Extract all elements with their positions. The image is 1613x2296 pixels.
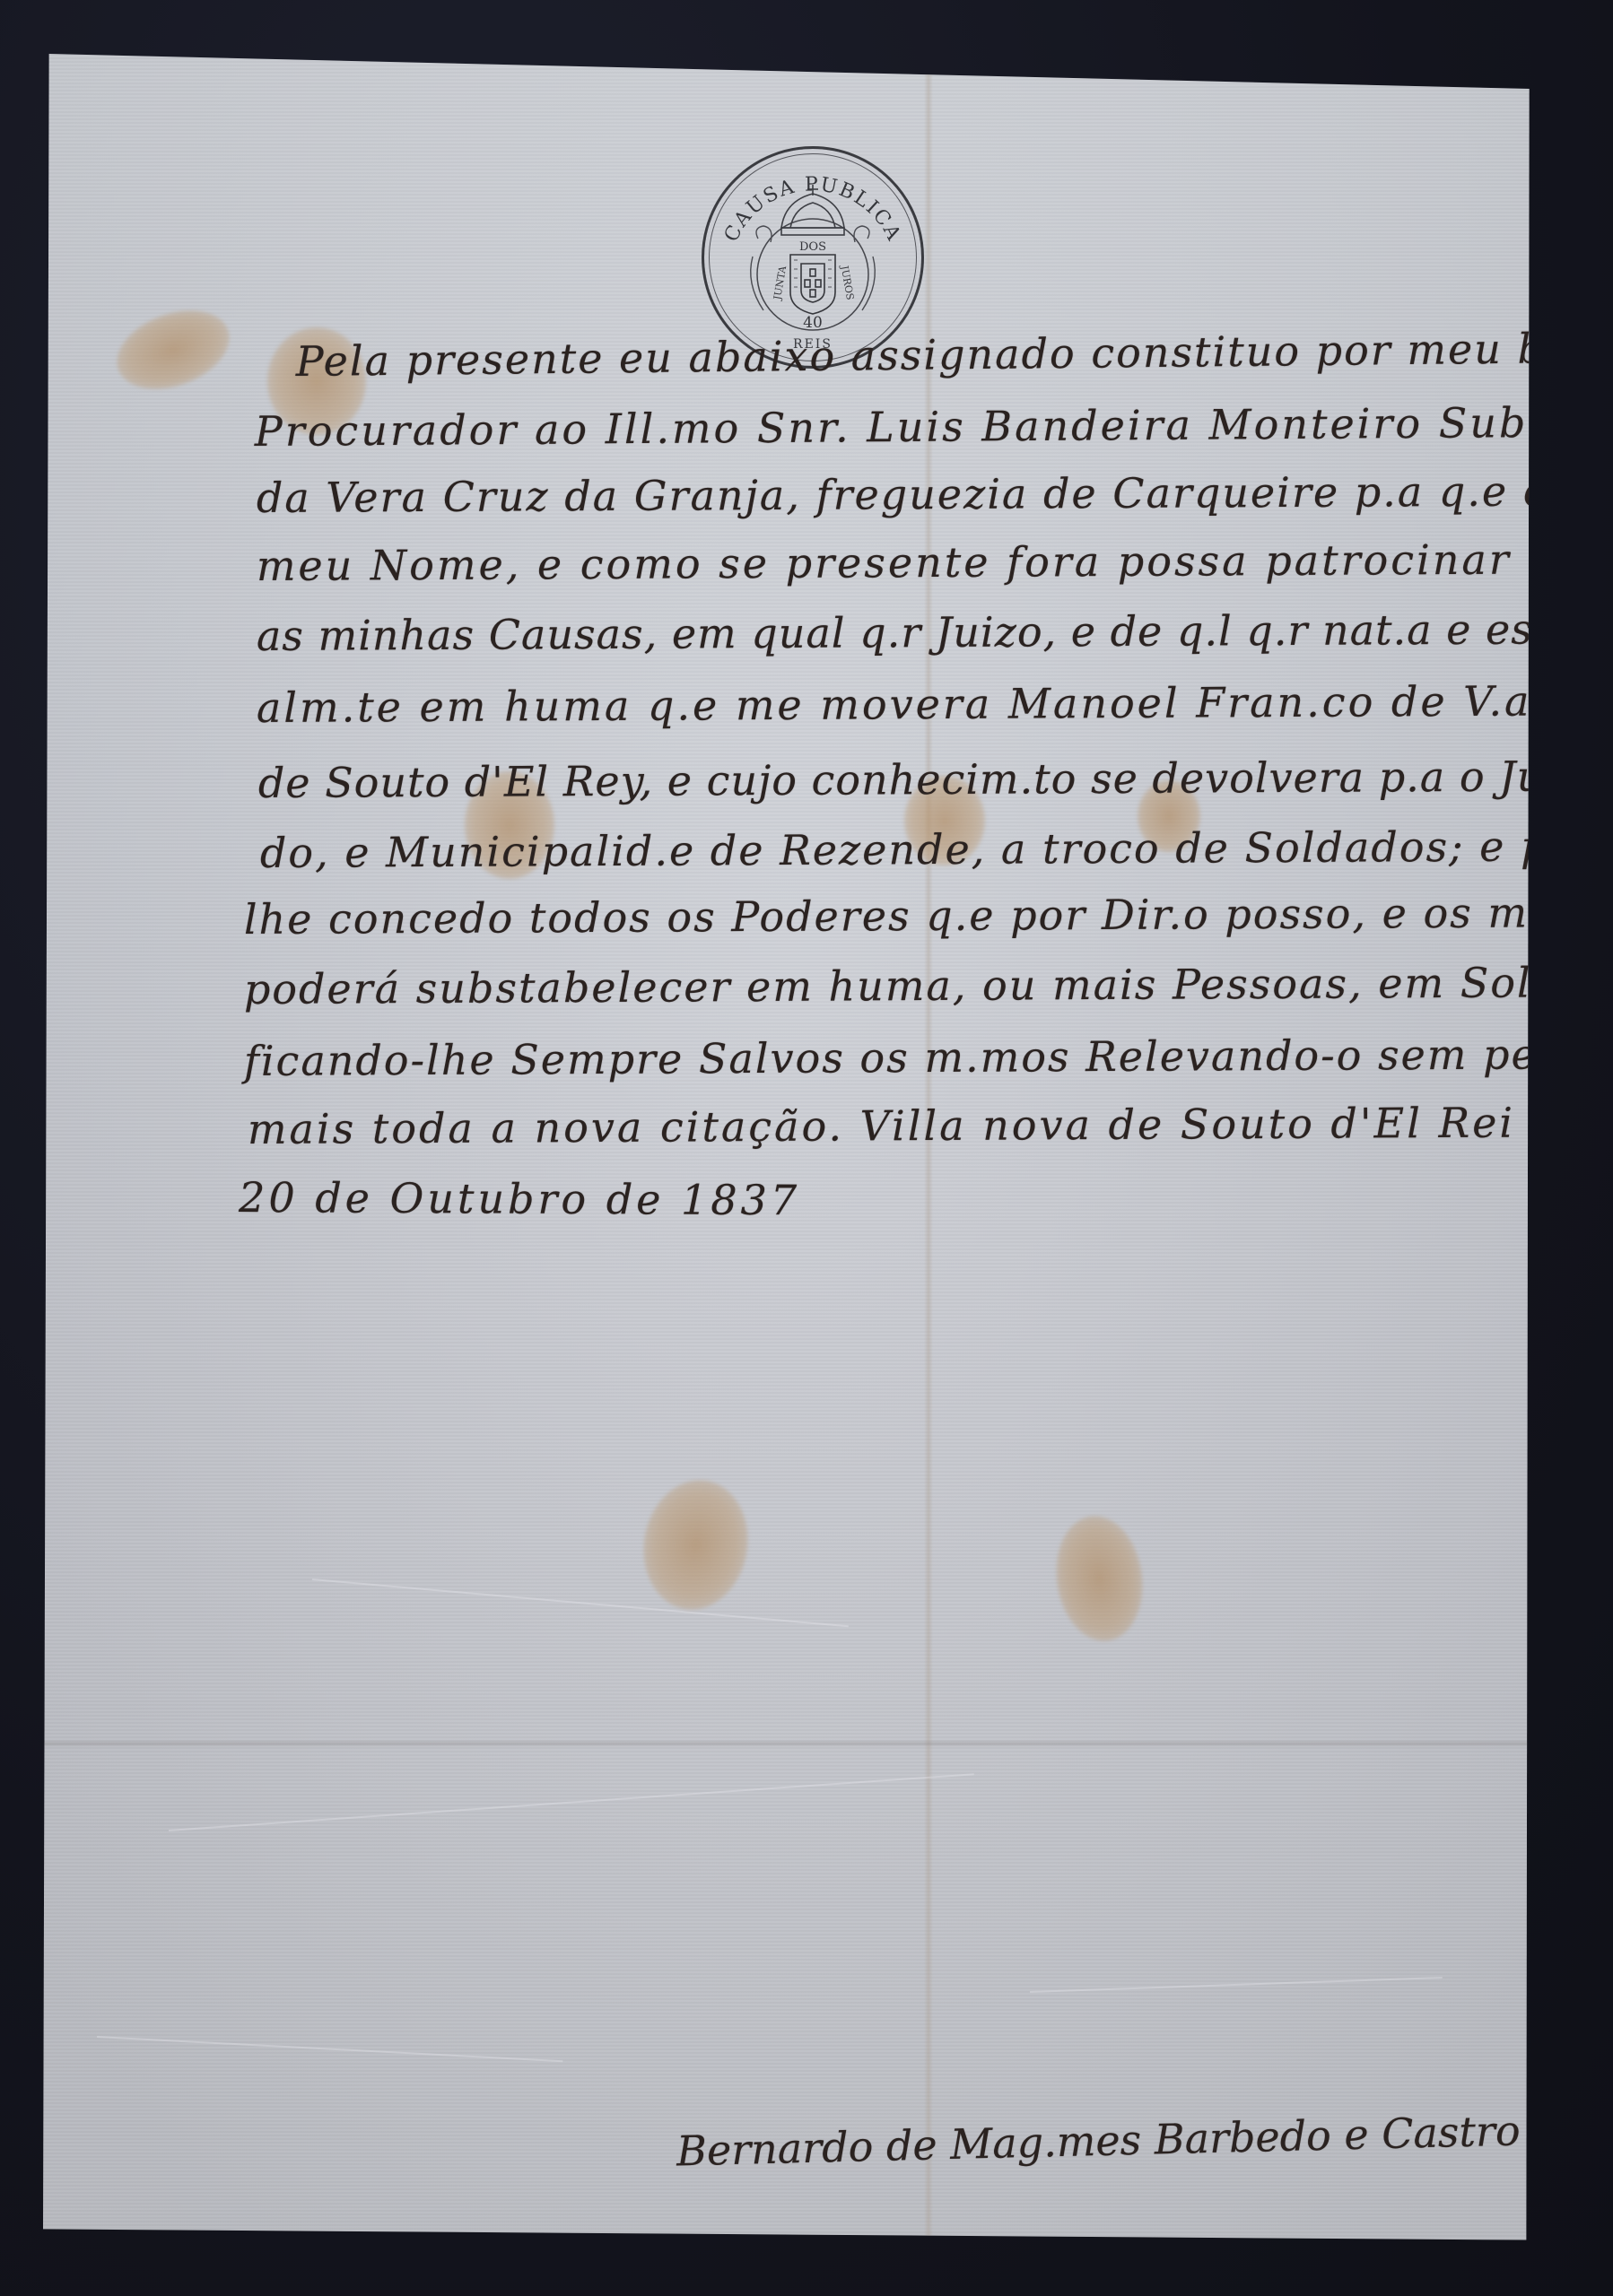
text-line: Procurador ao Ill.mo Snr. Luis Bandeira … xyxy=(255,397,1613,456)
text-line: do, e Municipalid.e de Rezende, a troco … xyxy=(260,821,1613,877)
text-line: as minhas Causas, em qual q.r Juizo, e d… xyxy=(257,604,1613,660)
text-line: de Souto d'El Rey, e cujo conhecim.to se… xyxy=(258,752,1611,807)
text-line: Pela presente eu abaixo assignado consti… xyxy=(295,322,1613,386)
text-line: lhe concedo todos os Poderes q.e por Dir… xyxy=(244,888,1613,944)
text-line: meu Nome, e como se presente fora possa … xyxy=(257,535,1613,590)
text-line: poderá substabelecer em huma, ou mais Pe… xyxy=(244,958,1613,1013)
text-line: mais toda a nova citação. Villa nova de … xyxy=(248,1099,1515,1153)
date-line: 20 de Outubro de 1837 xyxy=(239,1173,800,1224)
text-line: da Vera Cruz da Granja, freguezia de Car… xyxy=(257,466,1591,522)
document-page: CAUSA PUBLICA DOS JUNTA JUROS 40 REIS Pe… xyxy=(43,54,1532,2242)
handwritten-body: Pela presente eu abaixo assignado consti… xyxy=(43,54,1532,2242)
text-line: ficando-lhe Sempre Salvos os m.mos Relev… xyxy=(244,1030,1592,1085)
text-line: alm.te em huma q.e me movera Manoel Fran… xyxy=(257,676,1613,732)
